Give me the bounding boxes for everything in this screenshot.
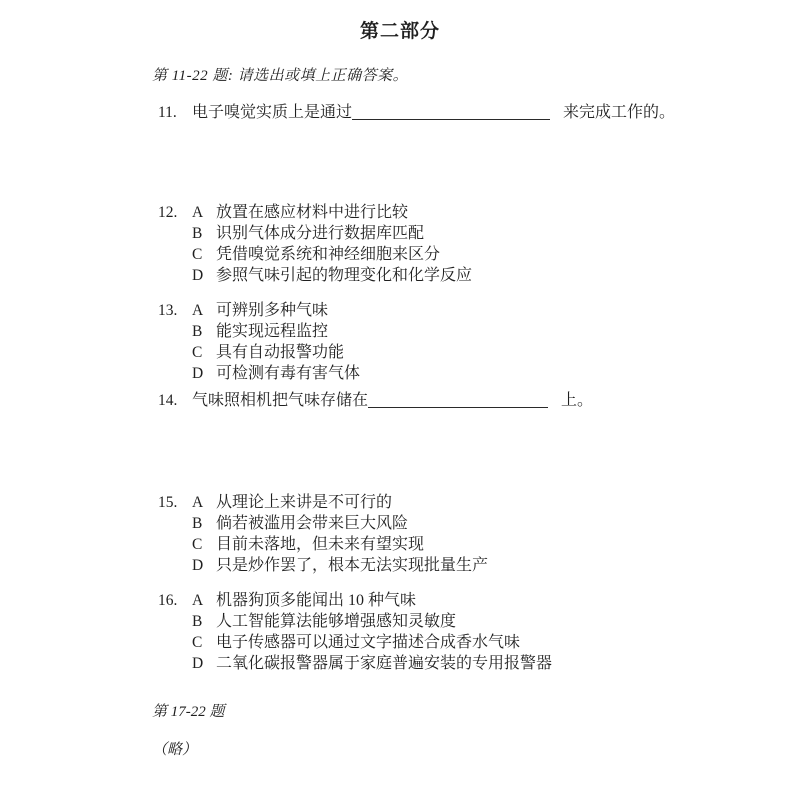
option-letter: D (192, 653, 216, 674)
question-number: 14. (158, 390, 192, 411)
option-letter: B (192, 223, 216, 244)
option-letter: D (192, 265, 216, 286)
option-letter: A (192, 202, 216, 223)
question-number: 16. (158, 590, 192, 674)
option-row: D 参照气味引起的物理变化和化学反应 (192, 265, 740, 286)
option-row: D 只是炒作罢了，根本无法实现批量生产 (192, 555, 740, 576)
option-row: B 识别气体成分进行数据库匹配 (192, 223, 740, 244)
option-text: 凭借嗅觉系统和神经细胞来区分 (216, 244, 740, 265)
option-row: C 具有自动报警功能 (192, 342, 740, 363)
option-row: C 目前未落地，但未来有望实现 (192, 534, 740, 555)
option-letter: A (192, 590, 216, 611)
option-letter: B (192, 513, 216, 534)
option-letter: C (192, 342, 216, 363)
question-11: 11. 电子嗅觉实质上是通过来完成工作的。 (152, 102, 740, 123)
options-list: A 放置在感应材料中进行比较 B 识别气体成分进行数据库匹配 C 凭借嗅觉系统和… (192, 202, 740, 286)
question-14: 14. 气味照相机把气味存储在上。 (152, 390, 740, 411)
document-page: 第二部分 第 11-22 题: 请选出或填上正确答案。 11. 电子嗅觉实质上是… (0, 0, 800, 800)
question-number: 12. (158, 202, 192, 286)
option-text: 只是炒作罢了，根本无法实现批量生产 (216, 555, 740, 576)
option-letter: B (192, 611, 216, 632)
question-number: 11. (158, 102, 192, 123)
fill-in-blank (352, 106, 550, 120)
question-12: 12. A 放置在感应材料中进行比较 B 识别气体成分进行数据库匹配 C 凭借嗅… (152, 202, 740, 286)
option-row: D 二氧化碳报警器属于家庭普遍安装的专用报警器 (192, 653, 740, 674)
footer-section-label: 第 17-22 题 (152, 702, 740, 723)
question-number: 13. (158, 300, 192, 384)
section-title: 第二部分 (0, 0, 800, 42)
option-letter: C (192, 534, 216, 555)
option-text: 参照气味引起的物理变化和化学反应 (216, 265, 740, 286)
footer-omitted-note: （略） (152, 740, 740, 761)
option-text: 识别气体成分进行数据库匹配 (216, 223, 740, 244)
option-letter: C (192, 244, 216, 265)
question-number: 15. (158, 492, 192, 576)
option-text: 可辨别多种气味 (216, 300, 740, 321)
option-text: 二氧化碳报警器属于家庭普遍安装的专用报警器 (216, 653, 740, 674)
option-text: 电子传感器可以通过文字描述合成香水气味 (216, 632, 740, 653)
question-13: 13. A 可辨别多种气味 B 能实现远程监控 C 具有自动报警功能 D 可检测… (152, 300, 740, 384)
question-text-post: 来完成工作的。 (563, 104, 675, 121)
option-letter: B (192, 321, 216, 342)
option-text: 具有自动报警功能 (216, 342, 740, 363)
question-text: 电子嗅觉实质上是通过来完成工作的。 (192, 102, 740, 123)
option-row: A 机器狗顶多能闻出 10 种气味 (192, 590, 740, 611)
option-text: 目前未落地，但未来有望实现 (216, 534, 740, 555)
option-letter: D (192, 363, 216, 384)
option-row: B 人工智能算法能够增强感知灵敏度 (192, 611, 740, 632)
question-text-post: 上。 (561, 392, 593, 409)
option-letter: C (192, 632, 216, 653)
option-text: 从理论上来讲是不可行的 (216, 492, 740, 513)
option-text: 机器狗顶多能闻出 10 种气味 (216, 590, 740, 611)
page-body: 第 11-22 题: 请选出或填上正确答案。 11. 电子嗅觉实质上是通过来完成… (0, 66, 800, 761)
options-list: A 从理论上来讲是不可行的 B 倘若被滥用会带来巨大风险 C 目前未落地，但未来… (192, 492, 740, 576)
option-row: B 倘若被滥用会带来巨大风险 (192, 513, 740, 534)
option-row: C 电子传感器可以通过文字描述合成香水气味 (192, 632, 740, 653)
option-row: C 凭借嗅觉系统和神经细胞来区分 (192, 244, 740, 265)
option-row: A 从理论上来讲是不可行的 (192, 492, 740, 513)
options-list: A 可辨别多种气味 B 能实现远程监控 C 具有自动报警功能 D 可检测有毒有害… (192, 300, 740, 384)
question-15: 15. A 从理论上来讲是不可行的 B 倘若被滥用会带来巨大风险 C 目前未落地… (152, 492, 740, 576)
question-text-pre: 气味照相机把气味存储在 (192, 392, 368, 409)
instructions-line: 第 11-22 题: 请选出或填上正确答案。 (152, 66, 740, 86)
option-text: 人工智能算法能够增强感知灵敏度 (216, 611, 740, 632)
question-16: 16. A 机器狗顶多能闻出 10 种气味 B 人工智能算法能够增强感知灵敏度 … (152, 590, 740, 674)
question-text: 气味照相机把气味存储在上。 (192, 390, 740, 411)
option-text: 可检测有毒有害气体 (216, 363, 740, 384)
option-text: 倘若被滥用会带来巨大风险 (216, 513, 740, 534)
question-text-pre: 电子嗅觉实质上是通过 (192, 104, 352, 121)
fill-in-blank (368, 394, 548, 408)
option-text: 能实现远程监控 (216, 321, 740, 342)
option-letter: A (192, 300, 216, 321)
option-letter: A (192, 492, 216, 513)
option-row: A 放置在感应材料中进行比较 (192, 202, 740, 223)
option-row: D 可检测有毒有害气体 (192, 363, 740, 384)
options-list: A 机器狗顶多能闻出 10 种气味 B 人工智能算法能够增强感知灵敏度 C 电子… (192, 590, 740, 674)
option-row: A 可辨别多种气味 (192, 300, 740, 321)
option-letter: D (192, 555, 216, 576)
option-row: B 能实现远程监控 (192, 321, 740, 342)
option-text: 放置在感应材料中进行比较 (216, 202, 740, 223)
